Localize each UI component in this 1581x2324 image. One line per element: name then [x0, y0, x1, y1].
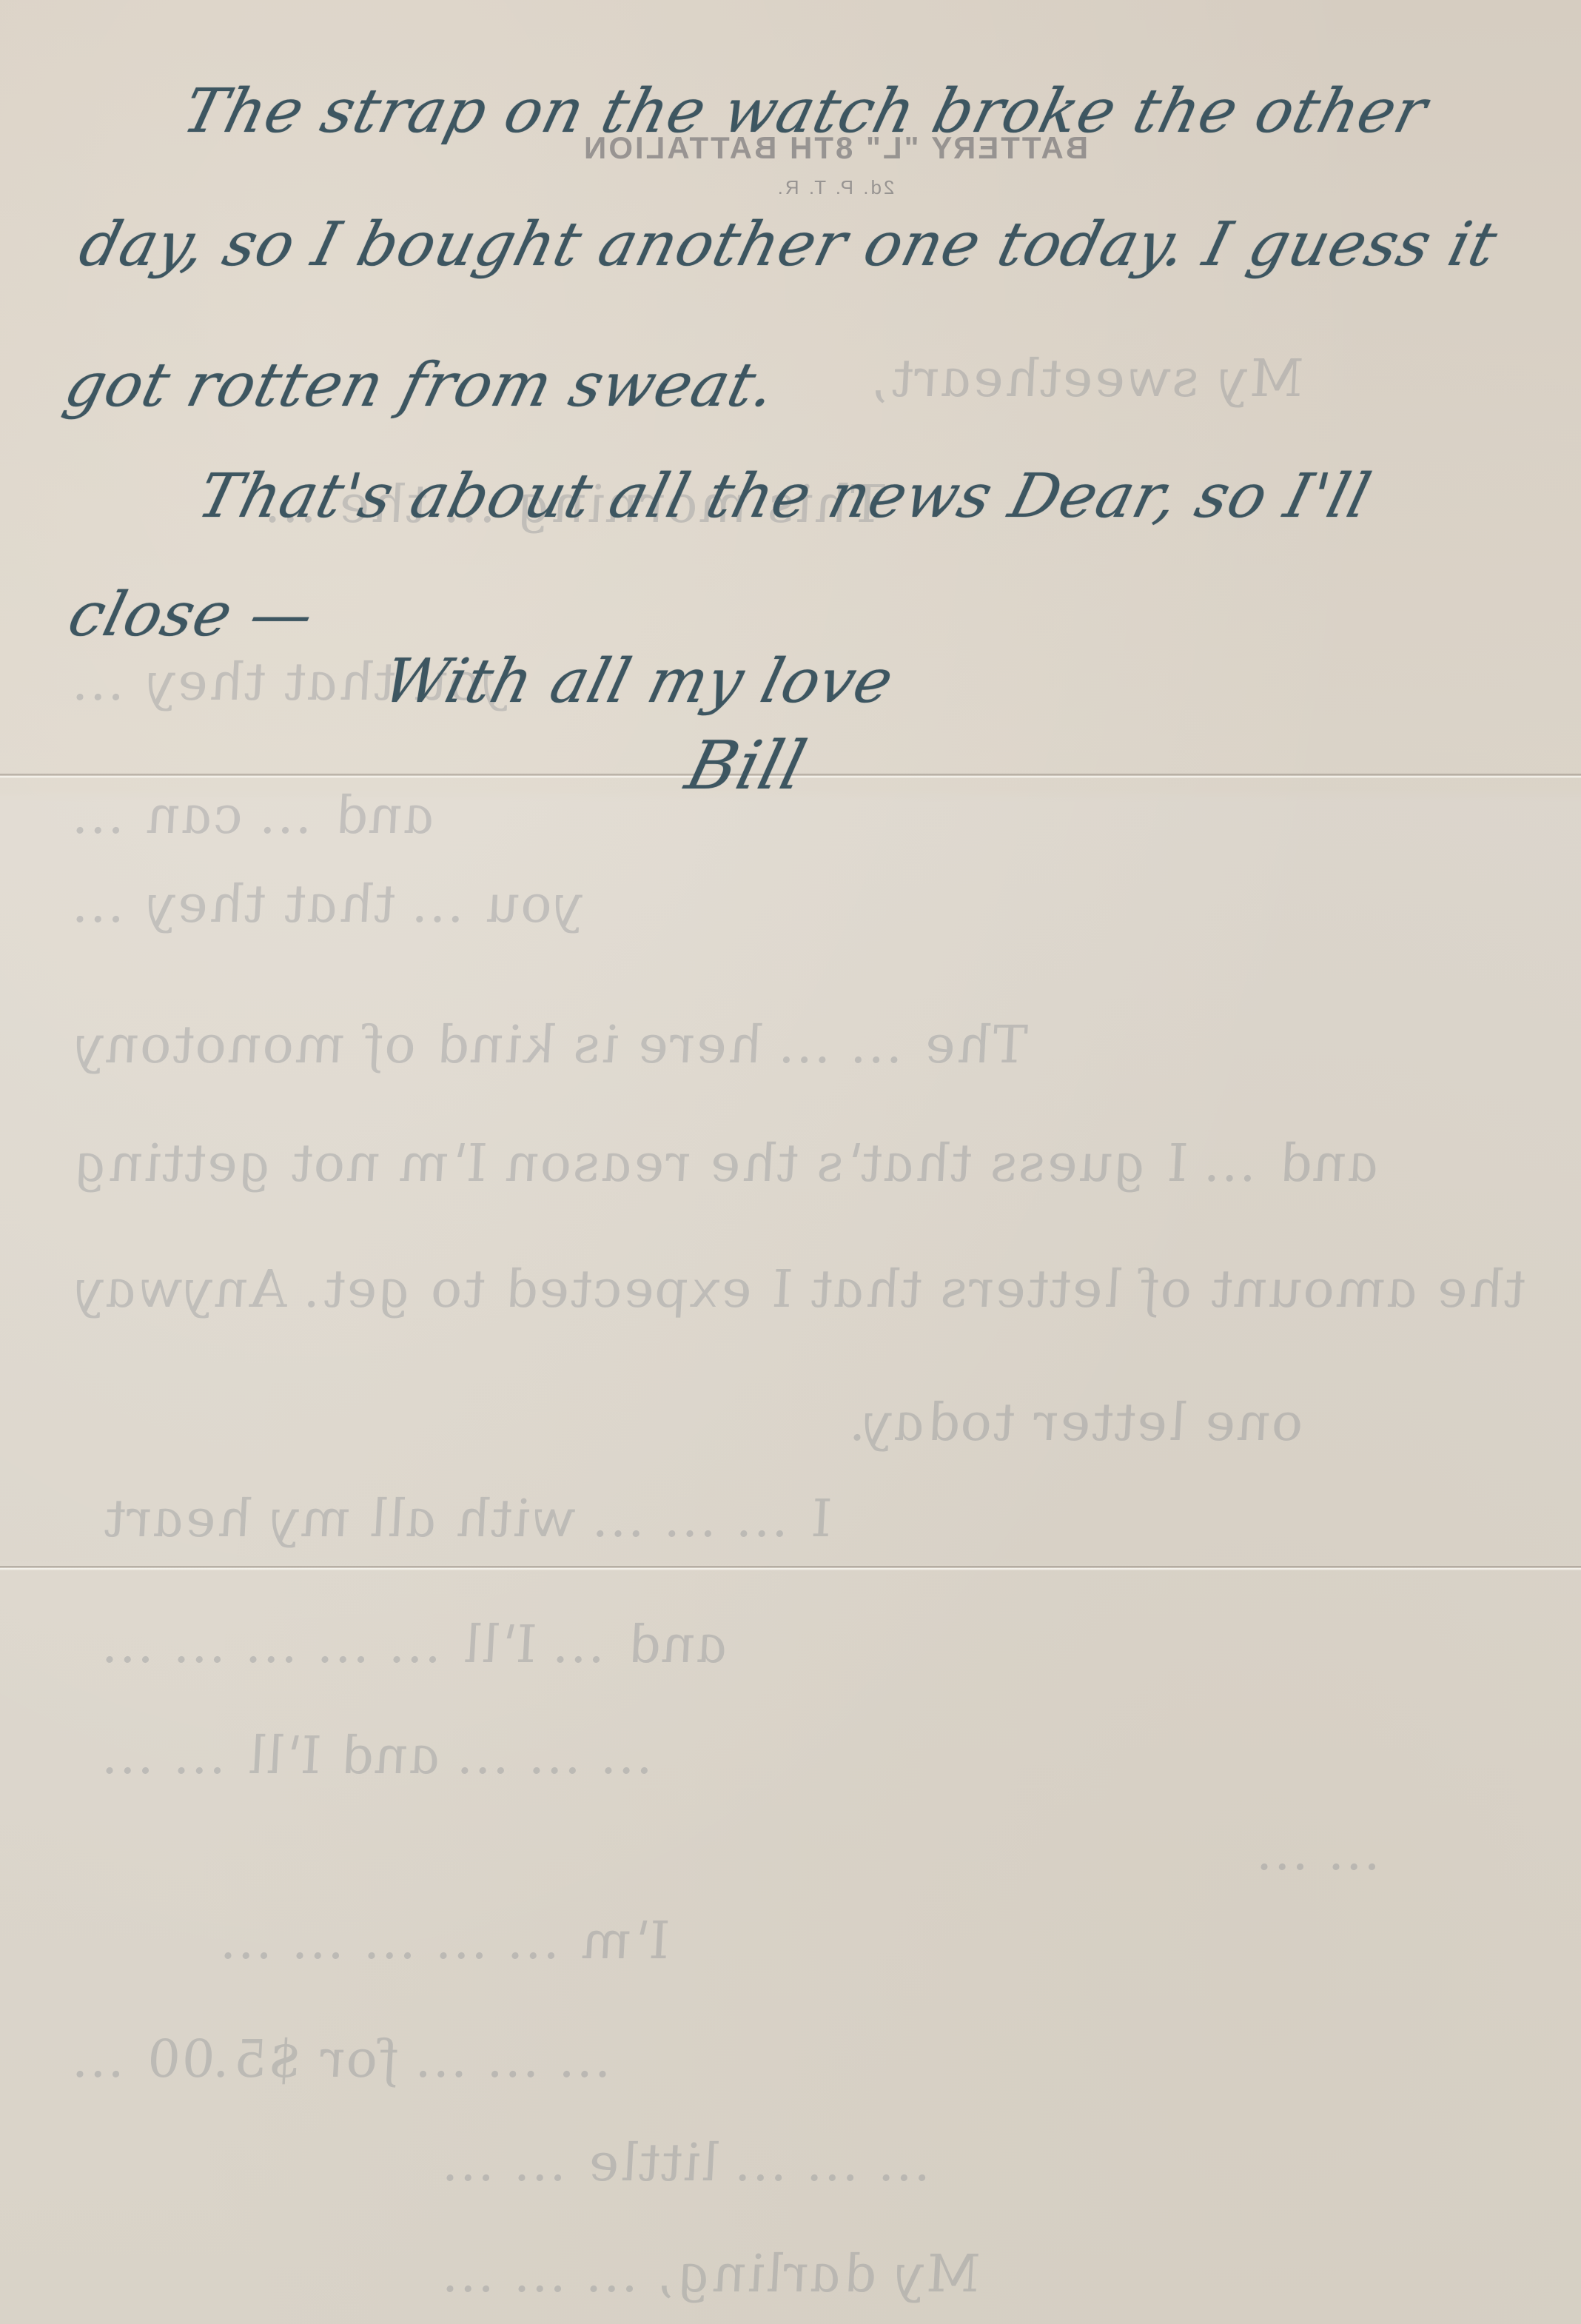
bleed-through-line: you ... that they ... — [67, 874, 591, 934]
bleed-through-line: I ... ... ... with all my heart — [96, 1488, 839, 1549]
bleed-through-line: and ... can ... — [67, 785, 443, 845]
fold-crease — [0, 1566, 1581, 1570]
bleed-through-line: and ... I guess that's the reason I'm no… — [67, 1133, 1387, 1193]
signature: Bill — [680, 733, 813, 800]
letter-page: BATTERY "L" 8TH BATTALION 2d. P. T. R. M… — [0, 0, 1581, 2324]
bleed-through-line: ... ... ... little ... ... — [437, 2132, 941, 2193]
bleed-through-line: My darling, ... ... ... — [437, 2243, 987, 2304]
letter-line: got rotten from sweat. — [59, 355, 782, 416]
letter-line: day, so I bought another one today. I gu… — [74, 215, 1503, 275]
bleed-through-line: and ... I'll ... ... ... ... ... — [96, 1614, 736, 1675]
letter-line: close — — [63, 585, 320, 646]
bleed-through-line: ... ... — [1251, 1821, 1392, 1882]
bleed-through-line: ... ... ... for $5.00 ... — [67, 2029, 622, 2089]
letter-closing: With all my love — [377, 652, 899, 712]
bleed-through-line: the amount of letters that I expected to… — [67, 1259, 1534, 1319]
bleed-through-line: ... ... ... and I'll ... ... — [96, 1725, 664, 1786]
bleed-through-line: The ... ... here is kind of monotony — [67, 1014, 1035, 1075]
letter-line: That's about all the news Dear, so I'll — [192, 466, 1377, 527]
bleed-through-line: I'm ... ... ... ... ... — [215, 1910, 677, 1971]
bleed-through-line: one letter today. — [844, 1392, 1312, 1453]
bleed-through-line: My sweetheart, — [866, 348, 1311, 409]
letterhead-bleed-line-2: 2d. P. T. R. — [44, 176, 1581, 199]
letter-line: The strap on the watch broke the other — [178, 81, 1433, 142]
